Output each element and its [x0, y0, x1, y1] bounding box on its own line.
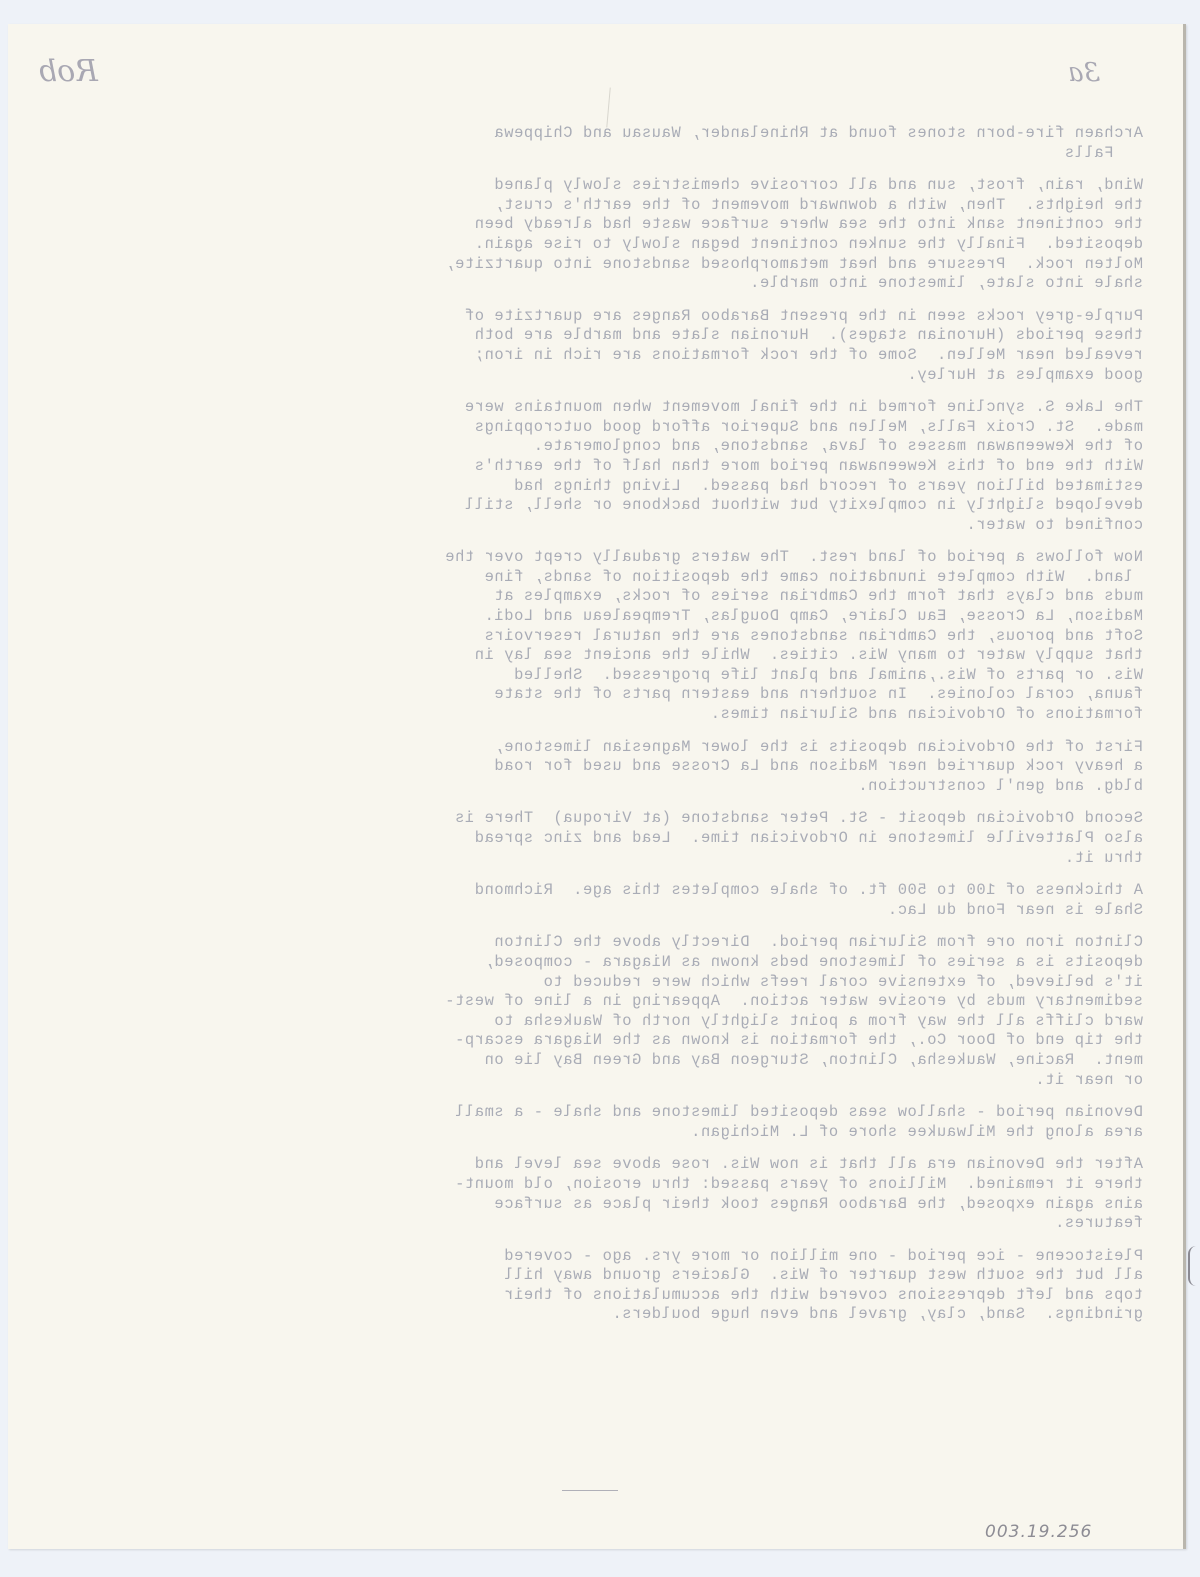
margin-bracket-mark — [1188, 1246, 1198, 1286]
typed-text-body: Archaen fire-born stones found at Rhinel… — [243, 124, 1143, 1338]
mirrored-content: Archaen fire-born stones found at Rhinel… — [8, 24, 1183, 1549]
author-mark: Rob — [38, 54, 98, 89]
paragraph-huronian: Purple-grey rocks seen in the present Ba… — [243, 307, 1143, 385]
paragraph-ordovician-second: Second Ordovician deposit - St. Peter sa… — [243, 809, 1143, 868]
end-rule — [562, 1490, 618, 1491]
paragraph-pleistocene: Pleistocene - ice period - one million o… — [243, 1247, 1143, 1325]
paragraph-keweenawan: The Lake S. syncline formed in the final… — [243, 398, 1143, 535]
paragraph-devonian: Devonian period - shallow seas deposited… — [243, 1103, 1143, 1142]
catalog-number: 003.19.256 — [985, 1522, 1092, 1542]
paragraph-archaen: Archaen fire-born stones found at Rhinel… — [243, 124, 1143, 163]
paragraph-post-devonian: After the Devonian era all that is now W… — [243, 1155, 1143, 1233]
document-page: Archaen fire-born stones found at Rhinel… — [8, 24, 1186, 1549]
paragraph-silurian: Clinton iron ore from Silurian period. D… — [243, 933, 1143, 1090]
paragraph-erosion: Wind, rain, frost, sun and all corrosive… — [243, 176, 1143, 294]
paragraph-ordovician-first: First of the Ordovician deposits is the … — [243, 738, 1143, 797]
page-number-mark: 3a — [1068, 58, 1100, 88]
paragraph-shale: A thickness of 100 to 500 ft. of shale c… — [243, 881, 1143, 920]
paragraph-cambrian: Now follows a period of land rest. The w… — [243, 548, 1143, 724]
